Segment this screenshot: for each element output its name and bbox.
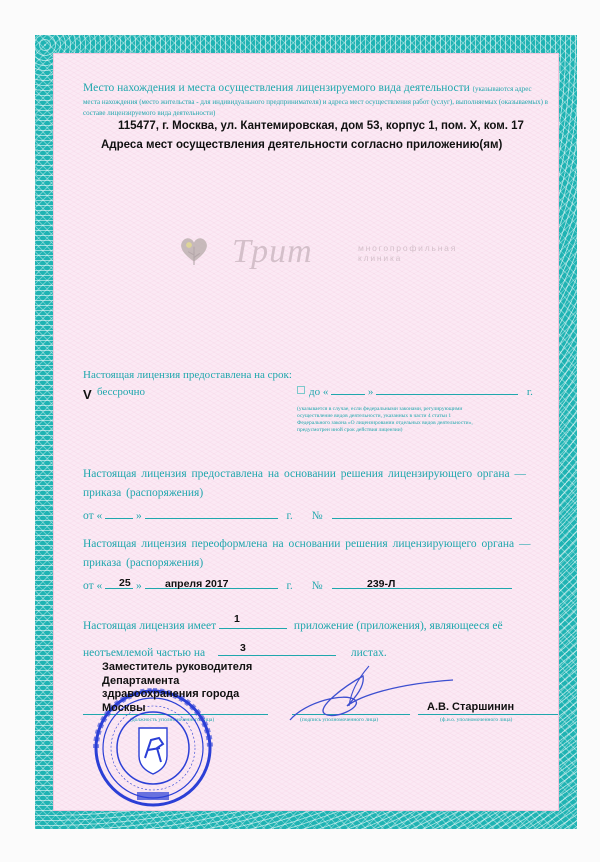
logo-subtitle: многопрофильная клиника [358,243,457,263]
until-day-field[interactable] [331,394,365,395]
appendices-count-value: 1 [234,613,240,625]
handwritten-signature [285,662,455,722]
location-heading: Место нахождения и места осуществления л… [83,82,532,94]
reissue-order-number-value: 239-Л [367,578,395,590]
sheets-count-value: 3 [240,642,246,654]
until-date-note: (указывается в случае, если федеральными… [297,406,477,434]
logo-name: Трит [232,233,313,271]
unlimited-checkbox-mark[interactable]: V [83,387,92,402]
location-heading-note: места нахождения (место жительства - для… [83,97,553,119]
reissue-basis-text: Настоящая лицензия переоформлена на осно… [83,535,543,573]
grant-basis-text: Настоящая лицензия предоставлена на осно… [83,465,543,503]
heart-tree-icon [176,235,212,265]
address-note: Адреса мест осуществления деятельности с… [101,139,502,151]
grant-month-year-field[interactable] [145,518,278,519]
unlimited-term-label: бессрочно [97,386,145,398]
signer-position: Заместитель руководителя Департамента зд… [102,661,252,715]
reissue-order-number-field[interactable] [332,588,512,589]
grant-basis-order-row: от « » г. № [83,510,512,522]
grant-order-number-field[interactable] [332,518,512,519]
location-heading-note-inline: (указываются адрес [473,85,532,93]
grant-day-field[interactable] [105,518,133,519]
term-label: Настоящая лицензия предоставлена на срок… [83,369,292,381]
sheets-row: неотъемлемой частью на листах. [83,647,387,659]
clinic-logo-watermark: Трит многопрофильная клиника [176,235,596,275]
until-date-checkbox[interactable] [297,386,305,394]
appendices-count-field[interactable] [219,628,287,629]
until-month-year-field[interactable] [376,394,518,395]
until-date-row: до « » г. [309,386,533,398]
appendices-row: Настоящая лицензия имеет приложение (при… [83,620,503,632]
reissue-basis-order-row: от « » г. № [83,580,512,592]
address-line: 115477, г. Москва, ул. Кантемировская, д… [118,120,524,132]
reissue-month-year-value: апреля 2017 [165,578,229,590]
sheets-count-field[interactable] [218,655,336,656]
reissue-day-value: 25 [119,577,131,589]
